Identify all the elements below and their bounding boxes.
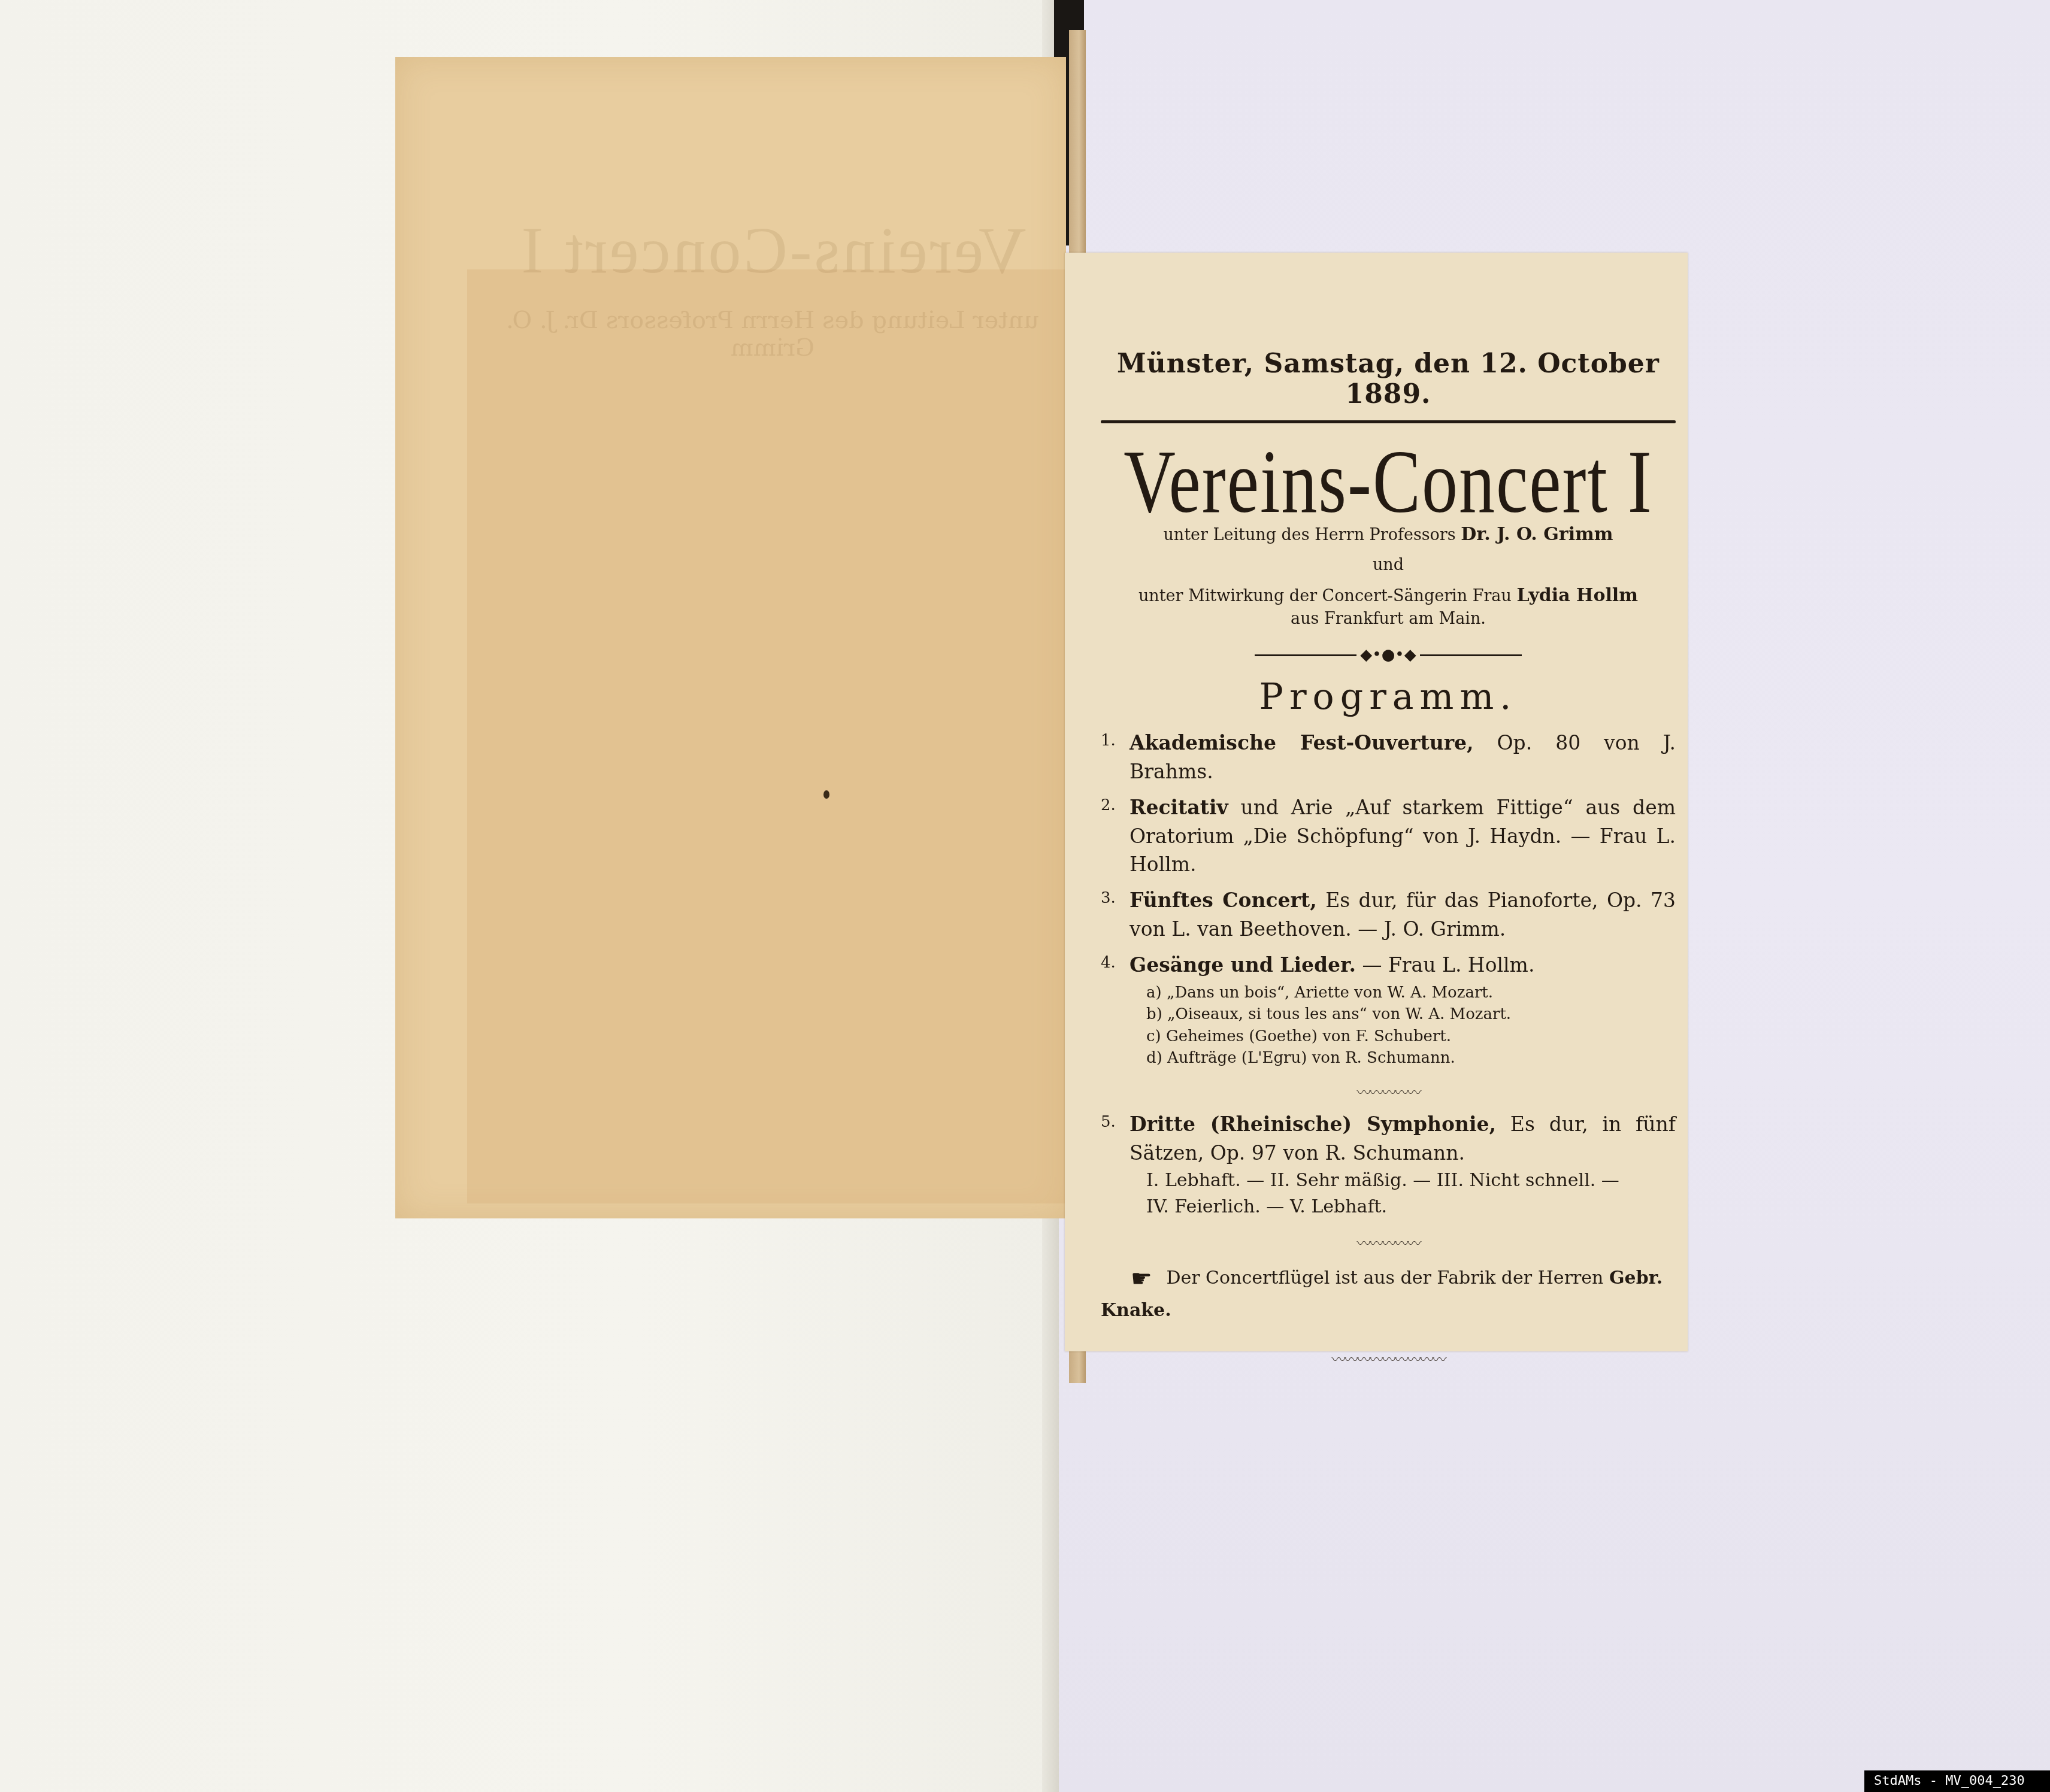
program-content: Münster, Samstag, den 12. October 1889. … <box>1101 348 1676 1377</box>
concert-title: Vereins-Concert I <box>1101 430 1676 534</box>
archive-watermark: StdAMs - MV_004_230 <box>1864 1770 2050 1792</box>
item-title: Akademische Fest-Ouverture, <box>1130 731 1474 754</box>
item-title: Recitativ <box>1130 796 1228 819</box>
song-item: a) „Dans un bois“, Ariette von W. A. Moz… <box>1146 982 1676 1003</box>
wave-divider-long: 〰〰〰〰〰〰〰〰〰 <box>1101 1348 1676 1369</box>
item-title: Dritte (Rheinische) Symphonie, <box>1130 1112 1496 1136</box>
item-body: Recitativ und Arie „Auf starkem Fittige“… <box>1130 793 1676 880</box>
item-number: 5. <box>1101 1110 1130 1220</box>
und-line: und <box>1101 556 1676 574</box>
song-item: c) Geheimes (Goethe) von F. Schubert. <box>1146 1026 1676 1047</box>
program-item-3: 3. Fünftes Concert, Es dur, für das Pian… <box>1101 886 1676 944</box>
wave-divider: 〰〰〰〰〰 <box>1101 1232 1676 1253</box>
note-text: Der Concertflügel ist aus der Fabrik der… <box>1166 1268 1603 1288</box>
soloist-name: Lydia Hollm <box>1516 585 1638 606</box>
item-title: Fünftes Concert, <box>1130 889 1317 912</box>
program-item-2: 2. Recitativ und Arie „Auf starkem Fitti… <box>1101 793 1676 880</box>
yellowed-leaf: Vereins-Concert I unter Leitung des Herr… <box>395 57 1066 1218</box>
item-number: 1. <box>1101 729 1130 786</box>
movement-list: I. Lebhaft. — II. Sehr mäßig. — III. Nic… <box>1146 1168 1676 1220</box>
movement-line: IV. Feierlich. — V. Lebhaft. <box>1146 1194 1676 1220</box>
song-item: b) „Oiseaux, si tous les ans“ von W. A. … <box>1146 1003 1676 1025</box>
item-body: Akademische Fest-Ouverture, Op. 80 von J… <box>1130 729 1676 786</box>
movement-line: I. Lebhaft. — II. Sehr mäßig. — III. Nic… <box>1146 1168 1676 1194</box>
item-title: Gesänge und Lieder. <box>1130 953 1356 977</box>
dateline: Münster, Samstag, den 12. October 1889. <box>1101 348 1676 410</box>
header-rule <box>1101 420 1676 423</box>
bleed-through-text: Vereins-Concert I unter Leitung des Herr… <box>503 213 1042 362</box>
song-item: d) Aufträge (L'Egru) von R. Schumann. <box>1146 1047 1676 1069</box>
pointing-hand-icon: ☛ <box>1131 1265 1152 1293</box>
soloist-prefix: unter Mitwirkung der Concert-Sängerin Fr… <box>1138 587 1512 605</box>
item-body: Fünftes Concert, Es dur, für das Pianofo… <box>1130 886 1676 944</box>
soloist-line: unter Mitwirkung der Concert-Sängerin Fr… <box>1101 585 1676 606</box>
song-list: a) „Dans un bois“, Ariette von W. A. Moz… <box>1146 982 1676 1069</box>
program-item-5: 5. Dritte (Rheinische) Symphonie, Es dur… <box>1101 1110 1676 1220</box>
item-number: 3. <box>1101 886 1130 944</box>
program-item-4: 4. Gesänge und Lieder. — Frau L. Hollm. … <box>1101 951 1676 1069</box>
concert-program-sheet: Münster, Samstag, den 12. October 1889. … <box>1065 253 1688 1351</box>
item-number: 2. <box>1101 793 1130 880</box>
item-body: Dritte (Rheinische) Symphonie, Es dur, i… <box>1130 1110 1676 1220</box>
item-number: 4. <box>1101 951 1130 1069</box>
ornament-divider: ◆•●•◆ <box>1101 646 1676 664</box>
program-item-1: 1. Akademische Fest-Ouverture, Op. 80 vo… <box>1101 729 1676 786</box>
bleed-through-title: Vereins-Concert I <box>503 213 1042 289</box>
item-body: Gesänge und Lieder. — Frau L. Hollm. a) … <box>1130 951 1676 1069</box>
wave-divider: 〰〰〰〰〰 <box>1101 1081 1676 1102</box>
soloist-origin: aus Frankfurt am Main. <box>1101 610 1676 628</box>
piano-note: ☛ Der Concertflügel ist aus der Fabrik d… <box>1101 1261 1676 1324</box>
program-heading: Programm. <box>1101 676 1676 718</box>
ink-speck <box>823 790 829 799</box>
ornament-bar-left <box>1255 654 1356 656</box>
ornament-icon: ◆•●•◆ <box>1360 646 1416 664</box>
ornament-bar-right <box>1420 654 1522 656</box>
leaf-stain <box>467 269 1066 1203</box>
bleed-through-line: unter Leitung des Herrn Professors Dr. J… <box>503 307 1042 362</box>
item-detail: — Frau L. Hollm. <box>1362 953 1534 977</box>
